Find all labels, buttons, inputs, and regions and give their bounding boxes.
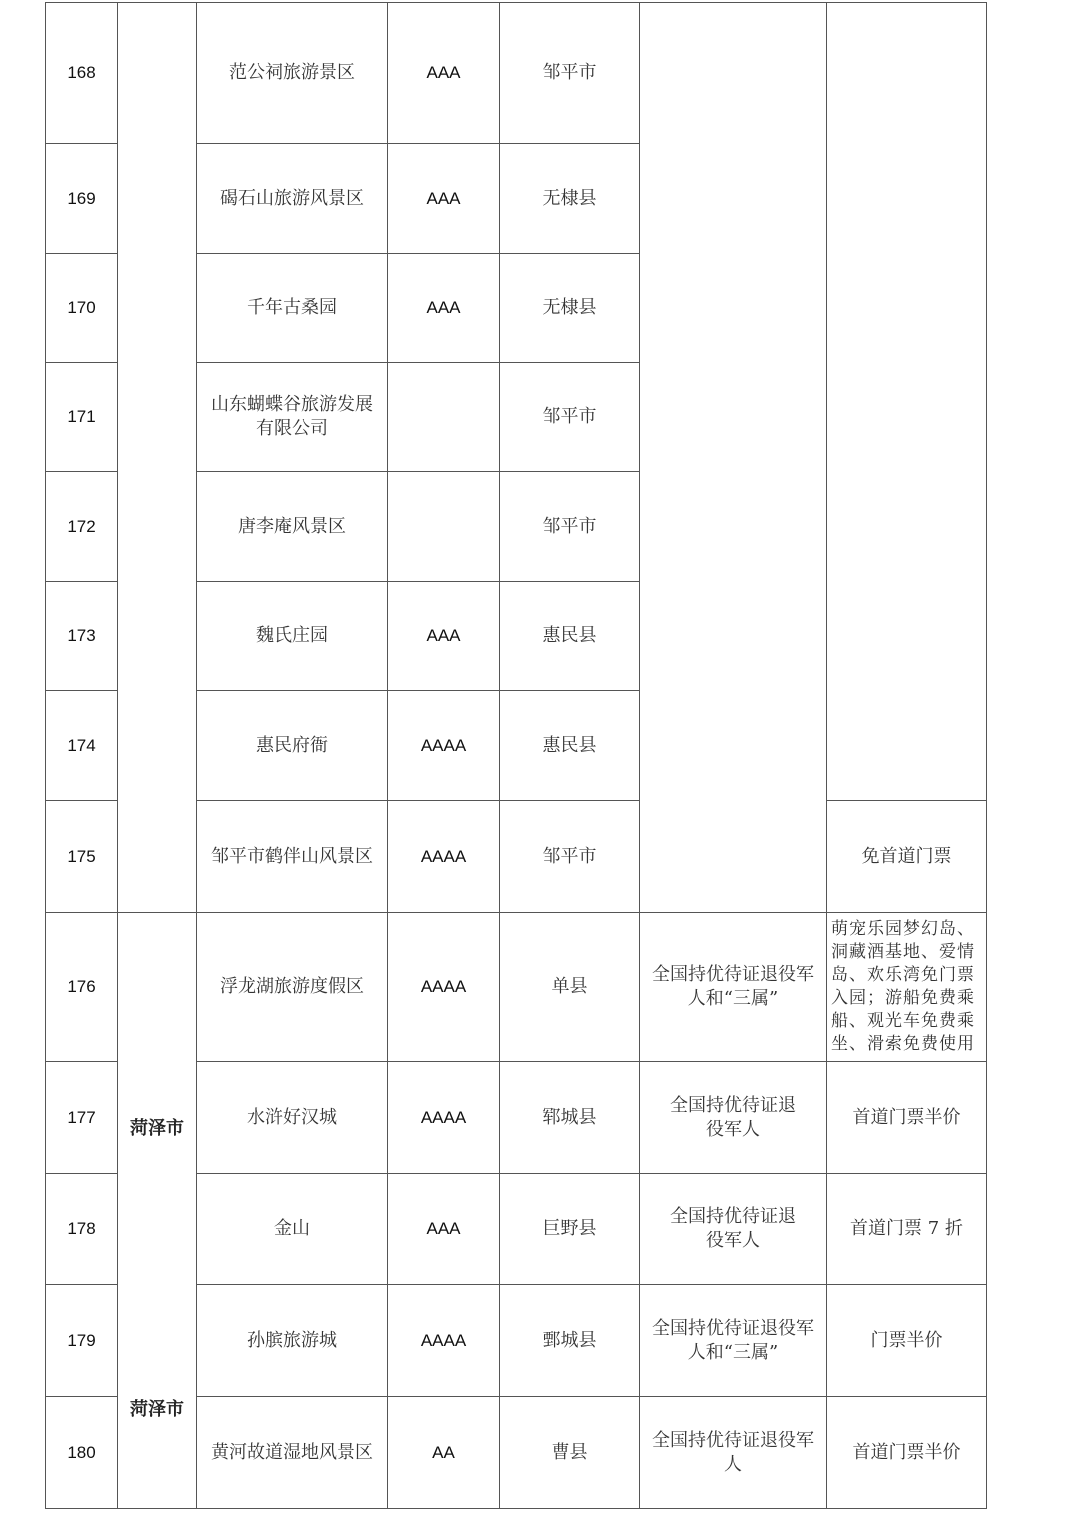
county: 惠民县	[499, 690, 640, 801]
row-number: 169	[45, 143, 118, 254]
row-number: 175	[45, 800, 118, 913]
scenic-name: 浮龙湖旅游度假区	[196, 912, 388, 1062]
county: 邹平市	[499, 362, 640, 472]
row-number: 170	[45, 253, 118, 363]
scenic-name: 邹平市鹤伴山风景区	[196, 800, 388, 913]
county: 郓城县	[499, 1061, 640, 1174]
grade: AAAA	[387, 690, 500, 801]
scenic-name: 千年古桑园	[196, 253, 388, 363]
benefit: 首道门票半价	[826, 1396, 987, 1509]
grade: AAA	[387, 143, 500, 254]
target-group: 全国持优待证退役军人	[639, 1061, 827, 1174]
target-cell-merged	[639, 2, 827, 913]
county: 曹县	[499, 1396, 640, 1509]
scenic-name: 惠民府衙	[196, 690, 388, 801]
scenic-name: 碣石山旅游风景区	[196, 143, 388, 254]
scenic-name: 山东蝴蝶谷旅游发展有限公司	[196, 362, 388, 472]
grade	[387, 471, 500, 582]
grade: AAA	[387, 2, 500, 144]
grade: AAAA	[387, 912, 500, 1062]
row-number: 179	[45, 1284, 118, 1397]
grade: AA	[387, 1396, 500, 1509]
target-group: 全国持优待证退役军人	[639, 1173, 827, 1285]
city-label: 菏泽市	[117, 1114, 197, 1140]
scenic-name: 金山	[196, 1173, 388, 1285]
city-label-repeat: 菏泽市	[117, 1395, 197, 1421]
scenic-name: 黄河故道湿地风景区	[196, 1396, 388, 1509]
grade: AAA	[387, 253, 500, 363]
county: 无棣县	[499, 143, 640, 254]
benefit: 免首道门票	[826, 800, 987, 913]
row-number: 171	[45, 362, 118, 472]
row-number: 168	[45, 2, 118, 144]
row-number: 176	[45, 912, 118, 1062]
target-group: 全国持优待证退役军人和“三属”	[639, 912, 827, 1062]
benefits-table: 168 范公祠旅游景区 AAA 邹平市 169 碣石山旅游风景区 AAA 无棣县…	[0, 0, 1080, 1528]
grade: AAA	[387, 581, 500, 691]
benefit: 首道门票半价	[826, 1061, 987, 1174]
city-cell	[117, 2, 197, 913]
row-number: 177	[45, 1061, 118, 1174]
benefit: 门票半价	[826, 1284, 987, 1397]
county: 邹平市	[499, 2, 640, 144]
benefit-cell-merged	[826, 2, 987, 801]
grade: AAAA	[387, 1061, 500, 1174]
benefit: 萌宠乐园梦幻岛、洞藏酒基地、爱情岛、欢乐湾免门票入园；游船免费乘船、观光车免费乘…	[826, 912, 987, 1062]
county: 惠民县	[499, 581, 640, 691]
grade: AAA	[387, 1173, 500, 1285]
row-number: 178	[45, 1173, 118, 1285]
scenic-name: 唐李庵风景区	[196, 471, 388, 582]
county: 单县	[499, 912, 640, 1062]
scenic-name: 魏氏庄园	[196, 581, 388, 691]
grade: AAAA	[387, 1284, 500, 1397]
county: 无棣县	[499, 253, 640, 363]
row-number: 174	[45, 690, 118, 801]
scenic-name: 水浒好汉城	[196, 1061, 388, 1174]
county: 巨野县	[499, 1173, 640, 1285]
target-group: 全国持优待证退役军人	[639, 1396, 827, 1509]
row-number: 172	[45, 471, 118, 582]
row-number: 173	[45, 581, 118, 691]
grade	[387, 362, 500, 472]
county: 鄄城县	[499, 1284, 640, 1397]
target-group: 全国持优待证退役军人和“三属”	[639, 1284, 827, 1397]
scenic-name: 范公祠旅游景区	[196, 2, 388, 144]
grade: AAAA	[387, 800, 500, 913]
county: 邹平市	[499, 800, 640, 913]
county: 邹平市	[499, 471, 640, 582]
row-number: 180	[45, 1396, 118, 1509]
benefit: 首道门票 7 折	[826, 1173, 987, 1285]
scenic-name: 孙膑旅游城	[196, 1284, 388, 1397]
